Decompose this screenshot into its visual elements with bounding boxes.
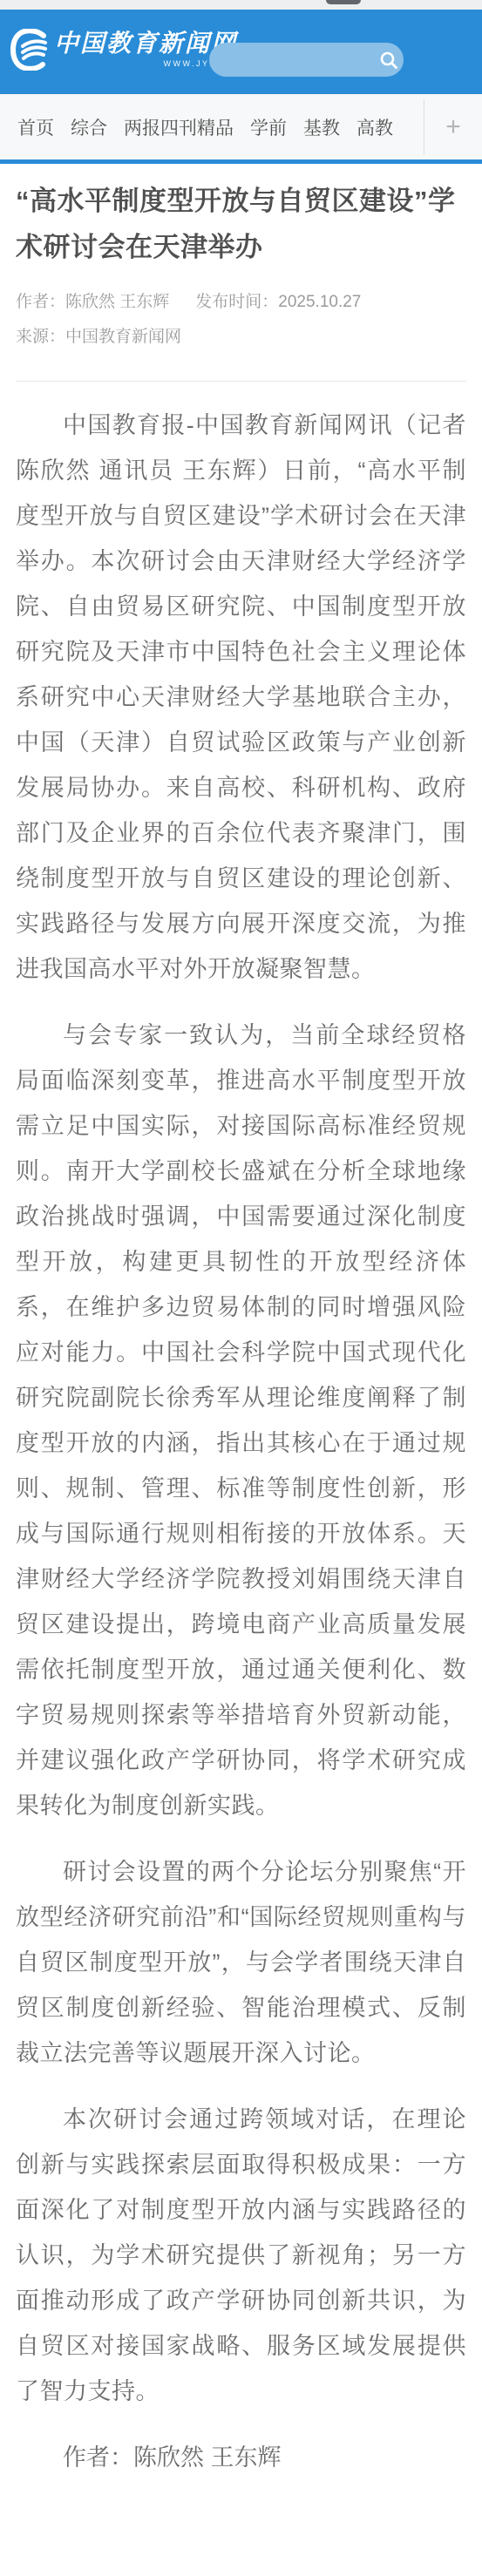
search-bar[interactable] bbox=[209, 43, 404, 77]
search-icon bbox=[379, 51, 398, 70]
page-title: “高水平制度型开放与自贸区建设”学术研讨会在天津举办 bbox=[16, 178, 466, 270]
site-logo[interactable]: 中国教育新闻网 WWW.JYB.CN bbox=[10, 29, 237, 71]
article-meta: 作者：陈欣然 王东辉 发布时间：2025.10.27 bbox=[16, 292, 466, 313]
page: 中国教育新闻网 WWW.JYB.CN 首页综合两报四刊精品学前基教高教 + “高… bbox=[0, 0, 482, 2576]
clipped-browser-text bbox=[326, 0, 361, 4]
main-nav: 首页综合两报四刊精品学前基教高教 + bbox=[0, 94, 482, 164]
publish-time-label: 发布时间：2025.10.27 bbox=[195, 292, 361, 313]
nav-item[interactable]: 两报四刊精品 bbox=[124, 114, 234, 140]
nav-item[interactable]: 高教 bbox=[356, 114, 393, 140]
author-label: 作者：陈欣然 王东辉 bbox=[16, 292, 169, 313]
footer-author: 作者：陈欣然 王东辉 bbox=[16, 2435, 466, 2480]
browser-top-strip bbox=[0, 0, 482, 10]
search-input[interactable] bbox=[209, 43, 374, 77]
nav-item[interactable]: 综合 bbox=[71, 114, 107, 140]
nav-items: 首页综合两报四刊精品学前基教高教 bbox=[0, 94, 424, 159]
nav-more-button[interactable]: + bbox=[424, 94, 482, 159]
nav-item[interactable]: 首页 bbox=[17, 114, 54, 140]
article-paragraph: 中国教育报-中国教育新闻网讯（记者 陈欣然 通讯员 王东辉）日前，“高水平制度型… bbox=[16, 403, 466, 992]
nav-item[interactable]: 基教 bbox=[303, 114, 340, 140]
nav-item[interactable]: 学前 bbox=[250, 114, 287, 140]
article: “高水平制度型开放与自贸区建设”学术研讨会在天津举办 作者：陈欣然 王东辉 发布… bbox=[0, 178, 482, 2480]
article-paragraph: 与会专家一致认为，当前全球经贸格局面临深刻变革，推进高水平制度型开放需立足中国实… bbox=[16, 1013, 466, 1828]
article-paragraph: 本次研讨会通过跨领域对话，在理论创新与实践探索层面取得积极成果：一方面深化了对制… bbox=[16, 2097, 466, 2414]
article-paragraph: 研讨会设置的两个分论坛分别聚焦“开放型经济研究前沿”和“国际经贸规则重构与自贸区… bbox=[16, 1849, 466, 2076]
search-button[interactable] bbox=[374, 43, 404, 77]
article-body: 中国教育报-中国教育新闻网讯（记者 陈欣然 通讯员 王东辉）日前，“高水平制度型… bbox=[16, 403, 466, 2414]
meta-divider bbox=[16, 381, 466, 382]
source-label: 来源：中国教育新闻网 bbox=[16, 327, 466, 348]
site-header: 中国教育新闻网 WWW.JYB.CN bbox=[0, 10, 482, 94]
logo-icon bbox=[10, 29, 49, 71]
